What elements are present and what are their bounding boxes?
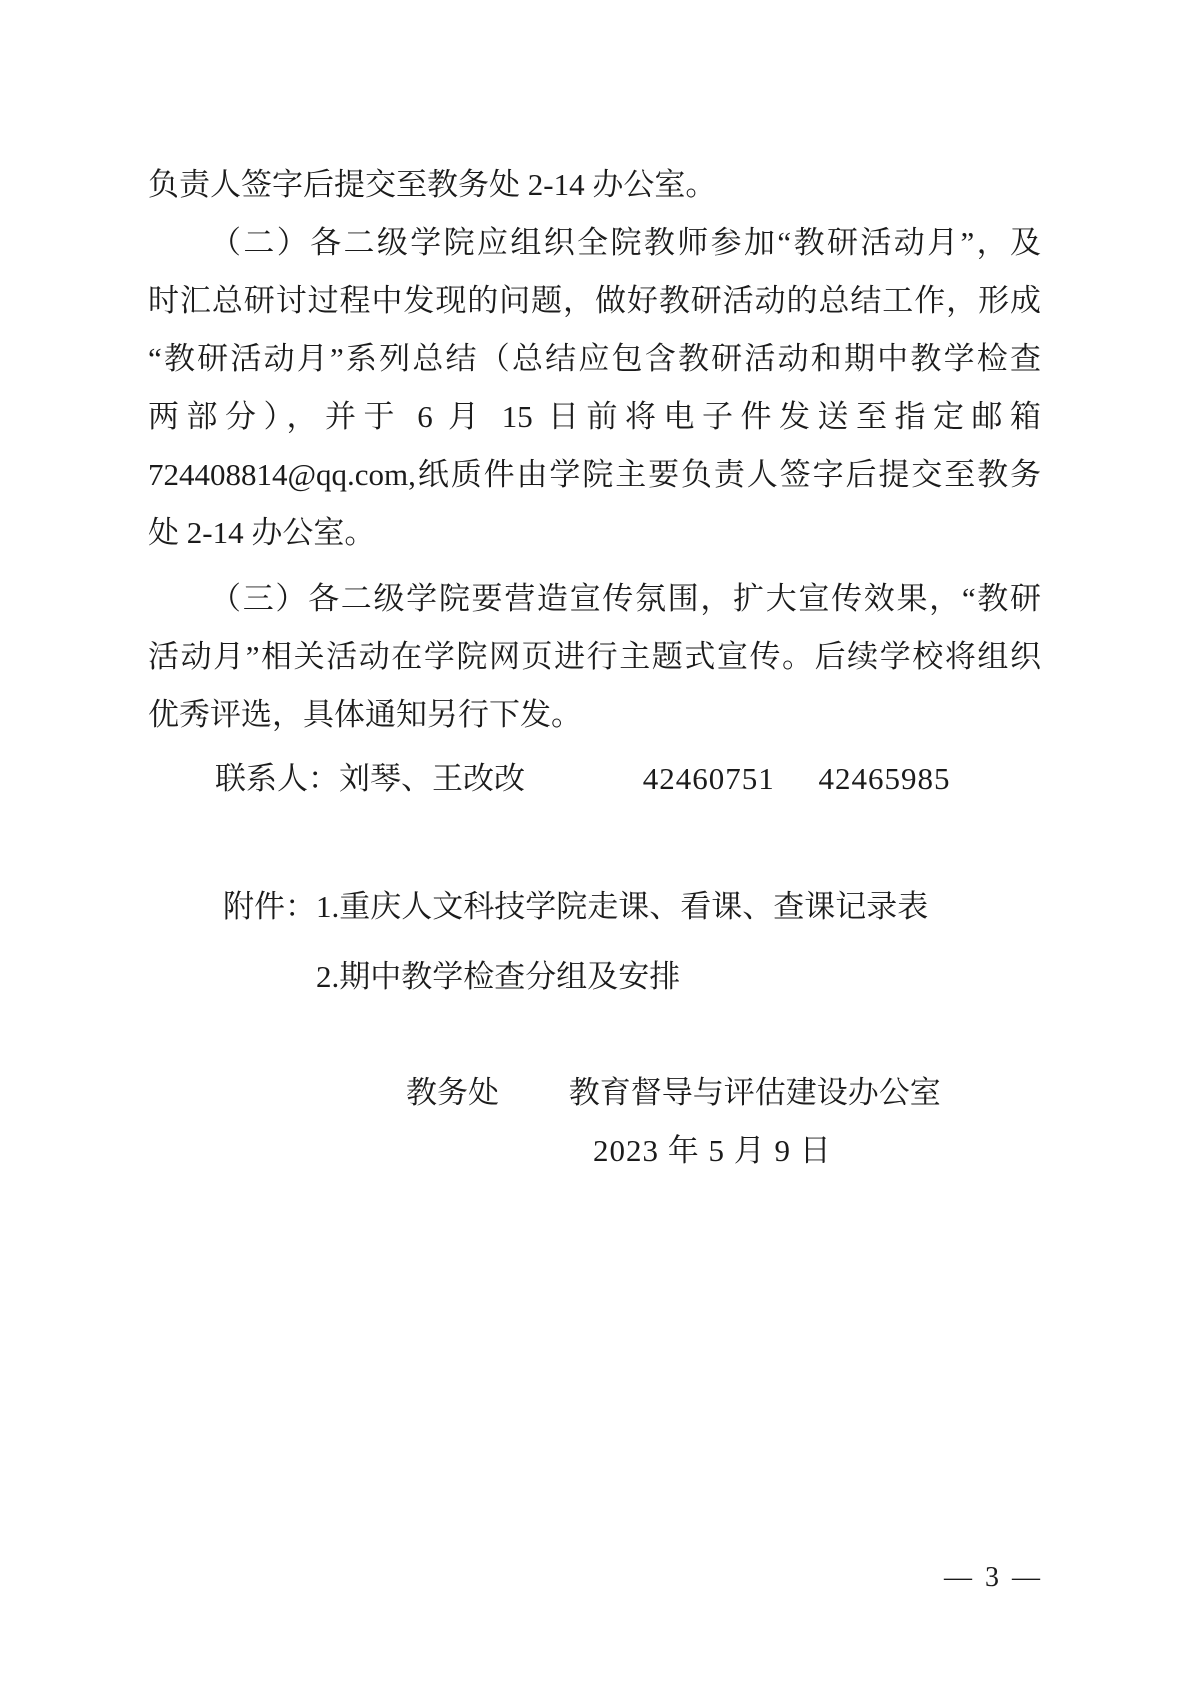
body-text: 负责人签字后提交至教务处 2-14 办公室。 （二）各二级学院应组织全院教师参加… [148, 156, 1041, 1180]
attachments-block: 附件： 1.重庆人文科技学院走课、看课、查课记录表 2.期中教学检查分组及安排 [148, 872, 1041, 1012]
issuer-office-2: 教育督导与评估建设办公室 [569, 1075, 941, 1110]
body-line: “教研活动月”系列总结（总结应包含教研活动和期中教学检查 [148, 330, 1041, 388]
body-line: 活动月”相关活动在学院网页进行主题式宣传。后续学校将组织 [148, 628, 1041, 686]
page-number: — 3 — [944, 1562, 1043, 1594]
body-line: 两部分），并于 6 月 15 日前将电子件发送至指定邮箱 [148, 388, 1041, 446]
body-line: 优秀评选，具体通知另行下发。 [148, 686, 1041, 744]
attachments-label: 附件： [223, 872, 316, 942]
document-page: 负责人签字后提交至教务处 2-14 办公室。 （二）各二级学院应组织全院教师参加… [0, 0, 1191, 1684]
body-line: （三）各二级学院要营造宣传氛围，扩大宣传效果，“教研 [148, 570, 1041, 628]
phone-number-2: 42465985 [819, 761, 951, 796]
issuer-office-1: 教务处 [406, 1075, 499, 1110]
body-line: 处 2-14 办公室。 [148, 504, 1041, 562]
phone-number-1: 42460751 [643, 761, 775, 796]
signature-line: 教务处 教育督导与评估建设办公室 [148, 1064, 1041, 1122]
contact-line: 联系人：刘琴、王改改 42460751 42465985 [148, 750, 1041, 808]
signature-block: 教务处 教育督导与评估建设办公室 2023 年 5 月 9 日 [148, 1064, 1041, 1180]
contact-label: 联系人：刘琴、王改改 [215, 761, 525, 796]
body-line: 724408814@qq.com,纸质件由学院主要负责人签字后提交至教务 [148, 446, 1041, 504]
body-line: 负责人签字后提交至教务处 2-14 办公室。 [148, 156, 1041, 214]
body-line: 时汇总研讨过程中发现的问题，做好教研活动的总结工作，形成 [148, 272, 1041, 330]
attachment-item-1: 1.重庆人文科技学院走课、看课、查课记录表 [316, 872, 1041, 942]
issue-date: 2023 年 5 月 9 日 [148, 1122, 1041, 1180]
attachment-item-2: 2.期中教学检查分组及安排 [316, 942, 1041, 1012]
body-line: （二）各二级学院应组织全院教师参加“教研活动月”，及 [148, 214, 1041, 272]
attachments-list: 1.重庆人文科技学院走课、看课、查课记录表 2.期中教学检查分组及安排 [316, 872, 1041, 1012]
